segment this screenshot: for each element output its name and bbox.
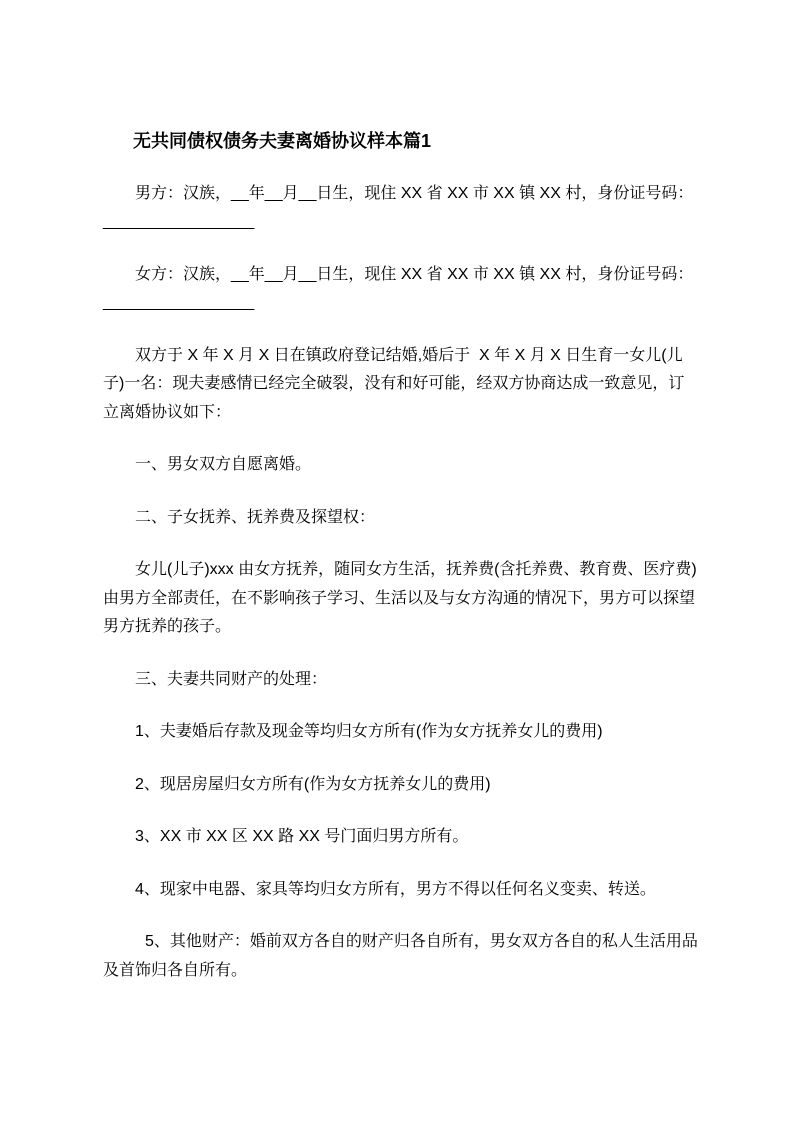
clause-3-property-heading: 三、夫妻共同财产的处理： (103, 666, 700, 695)
property-item-4: 4、现家中电器、家具等均归女方所有，男方不得以任何名义变卖、转送。 (103, 876, 700, 905)
document-title: 无共同债权债务夫妻离婚协议样本篇1 (103, 127, 700, 156)
paragraph-child-custody: 女儿(儿子)xxx 由女方抚养，随同女方生活，抚养费(含托养费、教育费、医疗费)… (103, 556, 700, 642)
property-item-3: 3、XX 市 XX 区 XX 路 XX 号门面归男方所有。 (103, 823, 700, 852)
clause-2-custody-heading: 二、子女抚养、抚养费及探望权： (103, 504, 700, 533)
paragraph-marriage-intro: 双方于 X 年 X 月 X 日在镇政府登记结婚,婚后于 X 年 X 月 X 日生… (103, 342, 700, 428)
paragraph-wife-info: 女方：汉族，__年__月__日生，现住 XX 省 XX 市 XX 镇 XX 村，… (103, 261, 700, 318)
document-page: 无共同债权债务夫妻离婚协议样本篇1 男方：汉族，__年__月__日生，现住 XX… (0, 0, 793, 1122)
property-item-5: 5、其他财产：婚前双方各自的财产归各自所有，男女双方各自的私人生活用品及首饰归各… (103, 928, 700, 985)
property-item-1: 1、夫妻婚后存款及现金等均归女方所有(作为女方抚养女儿的费用) (103, 718, 700, 747)
paragraph-husband-info: 男方：汉族，__年__月__日生，现住 XX 省 XX 市 XX 镇 XX 村，… (103, 180, 700, 237)
property-item-2: 2、现居房屋归女方所有(作为女方抚养女儿的费用) (103, 771, 700, 800)
clause-1-voluntary-divorce: 一、男女双方自愿离婚。 (103, 451, 700, 480)
